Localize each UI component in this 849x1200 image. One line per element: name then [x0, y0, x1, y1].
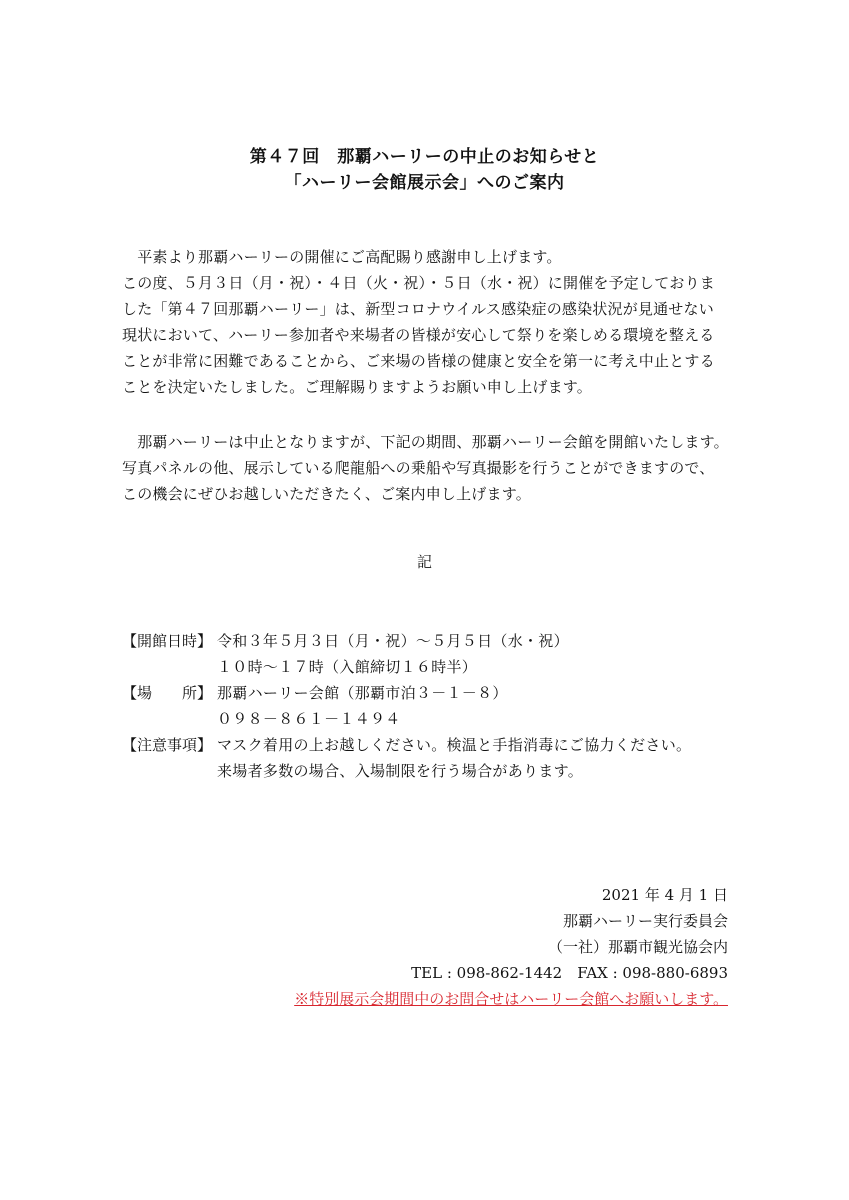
detail-label: 【開館日時】: [122, 628, 217, 654]
detail-value: マスク着用の上お越しください。検温と手指消毒にご協力ください。: [217, 732, 691, 758]
ki-heading: 記: [0, 552, 849, 572]
paragraph-cancellation: 平素より那覇ハーリーの開催にご高配賜り感謝申し上げます。 この度、５月３日（月・…: [122, 244, 732, 400]
paragraph-line: 那覇ハーリーは中止となりますが、下記の期間、那覇ハーリー会館を開館いたします。: [122, 429, 732, 455]
paragraph-line: 写真パネルの他、展示している爬龍船への乗船や写真撮影を行うことができますので、: [122, 455, 732, 481]
document-page: 第４７回 那覇ハーリーの中止のお知らせと 「ハーリー会館展示会」へのご案内 平素…: [0, 0, 849, 1200]
paragraph-line: この機会にぜひお越しいただきたく、ご案内申し上げます。: [122, 481, 732, 507]
paragraph-line: ことを決定いたしました。ご理解賜りますようお願い申し上げます。: [122, 374, 732, 400]
detail-value: 令和３年５月３日（月・祝）～５月５日（水・祝）: [217, 628, 569, 654]
paragraph-exhibition: 那覇ハーリーは中止となりますが、下記の期間、那覇ハーリー会館を開館いたします。 …: [122, 429, 732, 507]
detail-notes-cont: 来場者多数の場合、入場制限を行う場合があります。: [122, 758, 691, 784]
detail-label: 【場 所】: [122, 680, 217, 706]
document-footer: 2021 年 4 月 1 日 那覇ハーリー実行委員会 （一社）那覇市観光協会内 …: [294, 882, 728, 1012]
detail-place-cont: ０９８－８６１－１４９４: [122, 706, 691, 732]
paragraph-line: 平素より那覇ハーリーの開催にご高配賜り感謝申し上げます。: [122, 244, 732, 270]
event-details: 【開館日時】 令和３年５月３日（月・祝）～５月５日（水・祝） １０時～１７時（入…: [122, 628, 691, 784]
detail-hours-cont: １０時～１７時（入館締切１６時半）: [122, 654, 691, 680]
inquiry-note: ※特別展示会期間中のお問合せはハーリー会館へお願いします。: [294, 986, 728, 1012]
organizer-name: 那覇ハーリー実行委員会: [294, 908, 728, 934]
detail-hours: 【開館日時】 令和３年５月３日（月・祝）～５月５日（水・祝）: [122, 628, 691, 654]
paragraph-line: 現状において、ハーリー参加者や来場者の皆様が安心して祭りを楽しめる環境を整える: [122, 322, 732, 348]
document-title-line2: 「ハーリー会館展示会」へのご案内: [0, 170, 849, 196]
paragraph-line: ことが非常に困難であることから、ご来場の皆様の健康と安全を第一に考え中止とする: [122, 348, 732, 374]
detail-value: 来場者多数の場合、入場制限を行う場合があります。: [217, 758, 583, 784]
detail-value: １０時～１７時（入館締切１６時半）: [217, 654, 477, 680]
detail-notes: 【注意事項】 マスク着用の上お越しください。検温と手指消毒にご協力ください。: [122, 732, 691, 758]
detail-phone: ０９８－８６１－１４９４: [217, 706, 401, 732]
paragraph-line: した「第４７回那覇ハーリー」は、新型コロナウイルス感染症の感染状況が見通せない: [122, 296, 732, 322]
paragraph-line: この度、５月３日（月・祝）・４日（火・祝）・５日（水・祝）に開催を予定しておりま: [122, 270, 732, 296]
issue-date: 2021 年 4 月 1 日: [294, 882, 728, 908]
organizer-affiliation: （一社）那覇市観光協会内: [294, 934, 728, 960]
document-title-line1: 第４７回 那覇ハーリーの中止のお知らせと: [0, 144, 849, 170]
detail-label: 【注意事項】: [122, 732, 217, 758]
detail-value: 那覇ハーリー会館（那覇市泊３－１－８）: [217, 680, 508, 706]
detail-place: 【場 所】 那覇ハーリー会館（那覇市泊３－１－８）: [122, 680, 691, 706]
contact-info: TEL : 098-862-1442 FAX : 098-880-6893: [294, 960, 728, 986]
